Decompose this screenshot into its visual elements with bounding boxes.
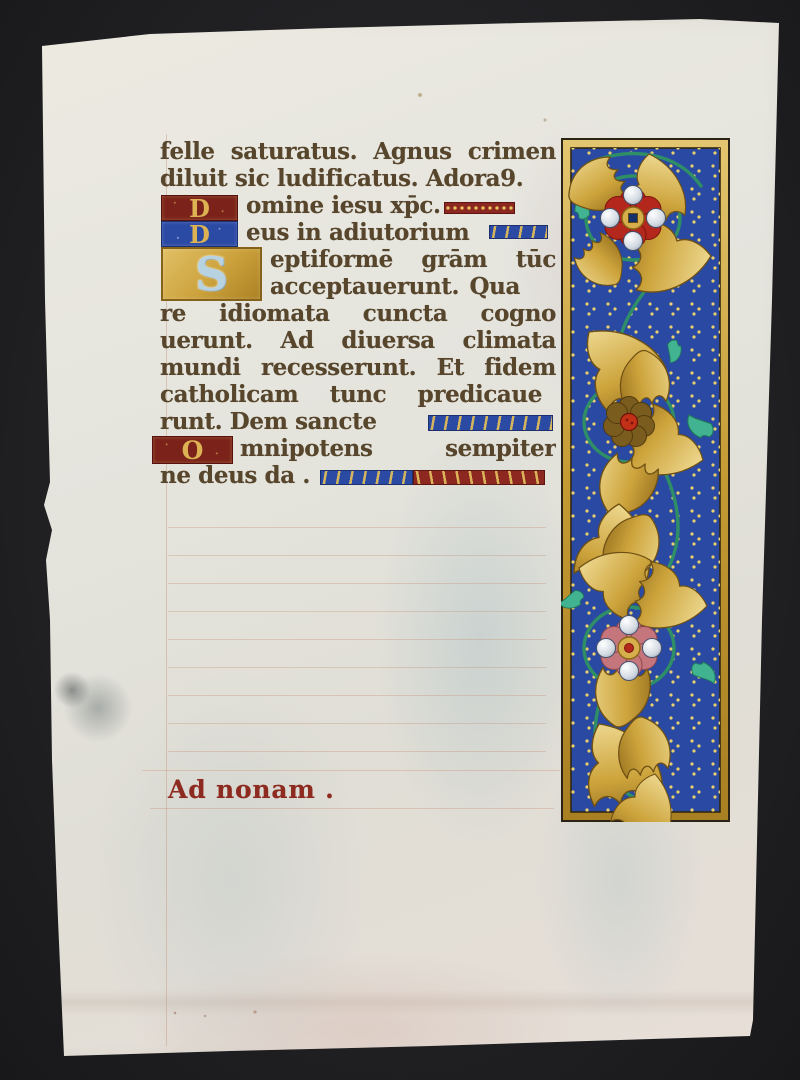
illuminated-initial-o: O [152, 436, 233, 464]
illuminated-initial-d: D [161, 221, 238, 247]
text-line: runt. Dem sancte [160, 408, 377, 435]
line-filler-icon [320, 470, 413, 485]
ruling-line [168, 751, 546, 752]
ruling-line [168, 639, 546, 640]
ruling-line [168, 695, 546, 696]
photo-background: felle saturatus. Agnus crimen diluit sic… [0, 0, 800, 1080]
text-line: acceptauerunt. Qua [270, 273, 520, 300]
ruling-line [168, 723, 546, 724]
illuminated-border-icon [561, 138, 730, 822]
ruling-line [168, 555, 546, 556]
line-filler-icon [489, 225, 548, 239]
text-line: catholicam tunc predicaue [160, 381, 542, 408]
text-line: mnipotens sempiter [240, 435, 556, 462]
text-line: re idiomata cuncta cogno [160, 300, 556, 327]
text-line: ne deus da . [160, 462, 310, 489]
text-line: omine iesu xp̄c. [246, 192, 441, 219]
text-line: eus in adiutorium [246, 219, 469, 246]
line-filler-icon [428, 415, 553, 431]
manuscript-leaf: felle saturatus. Agnus crimen diluit sic… [0, 0, 800, 1080]
text-line: mundi recesserunt. Et fidem [160, 354, 556, 381]
illuminated-initial-d: D [161, 195, 238, 221]
ruling-line [150, 808, 554, 809]
ruling-line [168, 667, 546, 668]
ruling-line [168, 611, 546, 612]
ruling-line [168, 527, 546, 528]
line-filler-icon [444, 202, 515, 214]
ruling-line [168, 583, 546, 584]
text-line: diluit sic ludificatus. Adora9. [160, 165, 523, 192]
line-filler-icon [413, 470, 545, 485]
ruling-line [142, 770, 560, 771]
illuminated-initial-s: S [161, 247, 262, 301]
rubric-ad-nonam: Ad nonam . [168, 776, 335, 804]
text-line: felle saturatus. Agnus crimen [160, 138, 556, 165]
text-line: uerunt. Ad diuersa climata [160, 327, 556, 354]
text-line: eptiformē grām tūc [270, 246, 556, 273]
